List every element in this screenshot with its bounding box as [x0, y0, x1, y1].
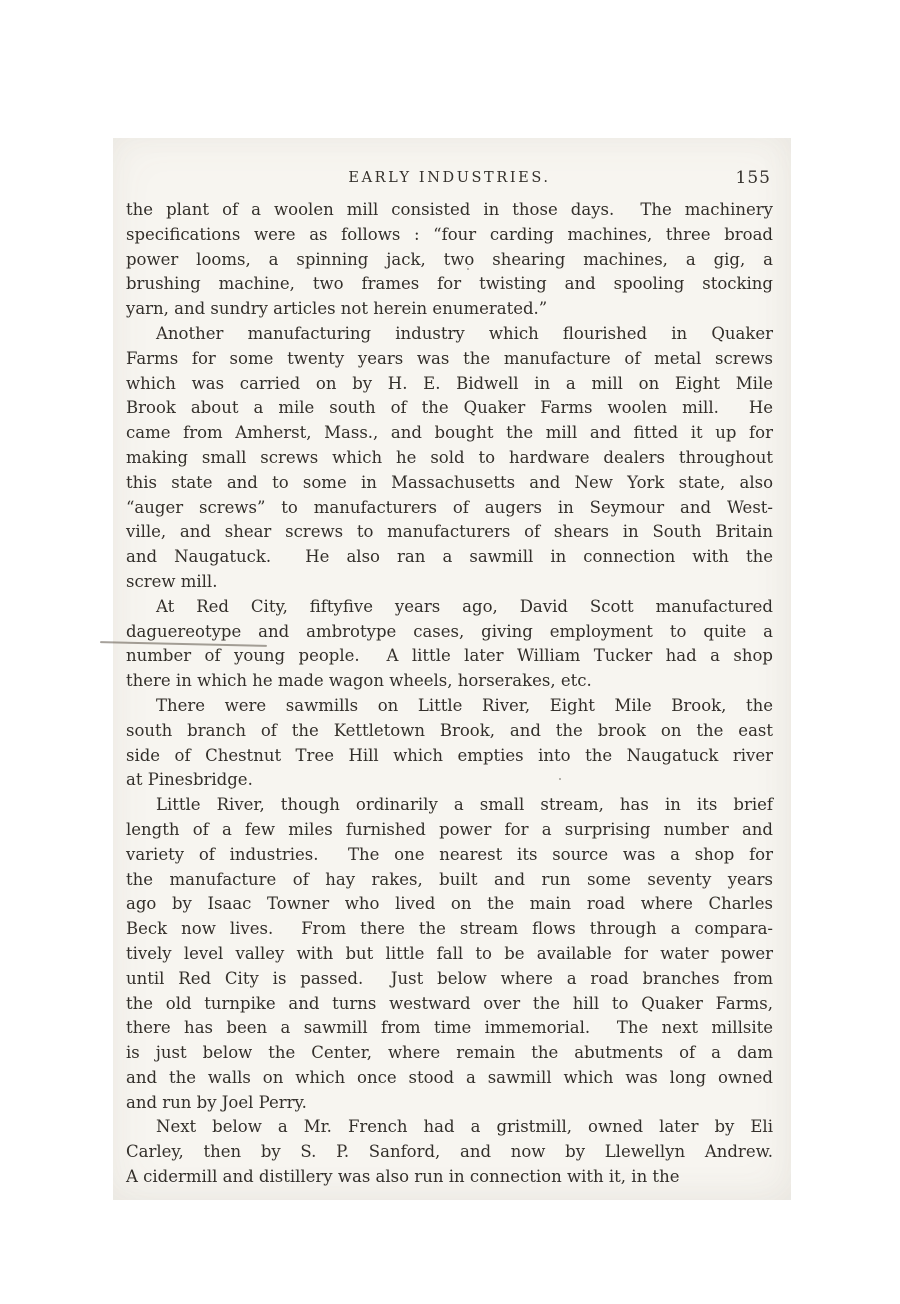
- text-line: there has been a sawmill from time immem…: [126, 1016, 773, 1041]
- text-line: Farms for some twenty years was the manu…: [126, 347, 773, 372]
- page-number: 155: [736, 166, 771, 190]
- text-line: Brook about a mile south of the Quaker F…: [126, 396, 773, 421]
- text-line: south branch of the Kettletown Brook, an…: [126, 719, 773, 744]
- scan-speck: [559, 778, 561, 780]
- text-line: and the walls on which once stood a sawm…: [126, 1066, 773, 1091]
- screenshot-canvas: EARLY INDUSTRIES. 155 the plant of a woo…: [0, 0, 900, 1304]
- text-line: and Naugatuck. He also ran a sawmill in …: [126, 545, 773, 570]
- text-line: came from Amherst, Mass., and bought the…: [126, 421, 773, 446]
- text-line: there in which he made wagon wheels, hor…: [126, 669, 773, 694]
- text-line: tively level valley with but little fall…: [126, 942, 773, 967]
- text-line: Little River, though ordinarily a small …: [126, 793, 773, 818]
- text-line: ago by Isaac Towner who lived on the mai…: [126, 892, 773, 917]
- text-line: power looms, a spinning jack, two sheari…: [126, 248, 773, 273]
- text-line: screw mill.: [126, 570, 773, 595]
- text-line: brushing machine, two frames for twistin…: [126, 272, 773, 297]
- text-line: which was carried on by H. E. Bidwell in…: [126, 372, 773, 397]
- text-line: number of young people. A little later W…: [126, 644, 773, 669]
- text-line: variety of industries. The one nearest i…: [126, 843, 773, 868]
- running-head-title: EARLY INDUSTRIES.: [126, 166, 773, 190]
- text-line: at Pinesbridge.: [126, 768, 773, 793]
- text-line: the plant of a woolen mill consisted in …: [126, 198, 773, 223]
- text-line: side of Chestnut Tree Hill which empties…: [126, 744, 773, 769]
- text-line: length of a few miles furnished power fo…: [126, 818, 773, 843]
- scan-speck: [467, 268, 469, 270]
- text-line: the manufacture of hay rakes, built and …: [126, 868, 773, 893]
- text-line: Next below a Mr. French had a gristmill,…: [126, 1115, 773, 1140]
- scanned-book-page: EARLY INDUSTRIES. 155 the plant of a woo…: [113, 138, 791, 1200]
- text-line: A cidermill and distillery was also run …: [126, 1165, 773, 1190]
- text-line: the old turnpike and turns westward over…: [126, 992, 773, 1017]
- text-line: “auger screws” to manufacturers of auger…: [126, 496, 773, 521]
- text-line: making small screws which he sold to har…: [126, 446, 773, 471]
- text-line: At Red City, fiftyfive years ago, David …: [126, 595, 773, 620]
- text-line: Carley, then by S. P. Sanford, and now b…: [126, 1140, 773, 1165]
- text-line: There were sawmills on Little River, Eig…: [126, 694, 773, 719]
- text-line: Beck now lives. From there the stream fl…: [126, 917, 773, 942]
- text-block: the plant of a woolen mill consisted in …: [126, 198, 773, 1190]
- text-line: yarn, and sundry articles not herein enu…: [126, 297, 773, 322]
- text-line: ville, and shear screws to manufacturers…: [126, 520, 773, 545]
- page-header: EARLY INDUSTRIES. 155: [126, 166, 773, 190]
- text-line: Another manufacturing industry which flo…: [126, 322, 773, 347]
- text-line: is just below the Center, where remain t…: [126, 1041, 773, 1066]
- text-line: and run by Joel Perry.: [126, 1091, 773, 1116]
- text-line: daguereotype and ambrotype cases, giving…: [126, 620, 773, 645]
- text-line: this state and to some in Massachusetts …: [126, 471, 773, 496]
- text-line: specifications were as follows : “four c…: [126, 223, 773, 248]
- text-line: until Red City is passed. Just below whe…: [126, 967, 773, 992]
